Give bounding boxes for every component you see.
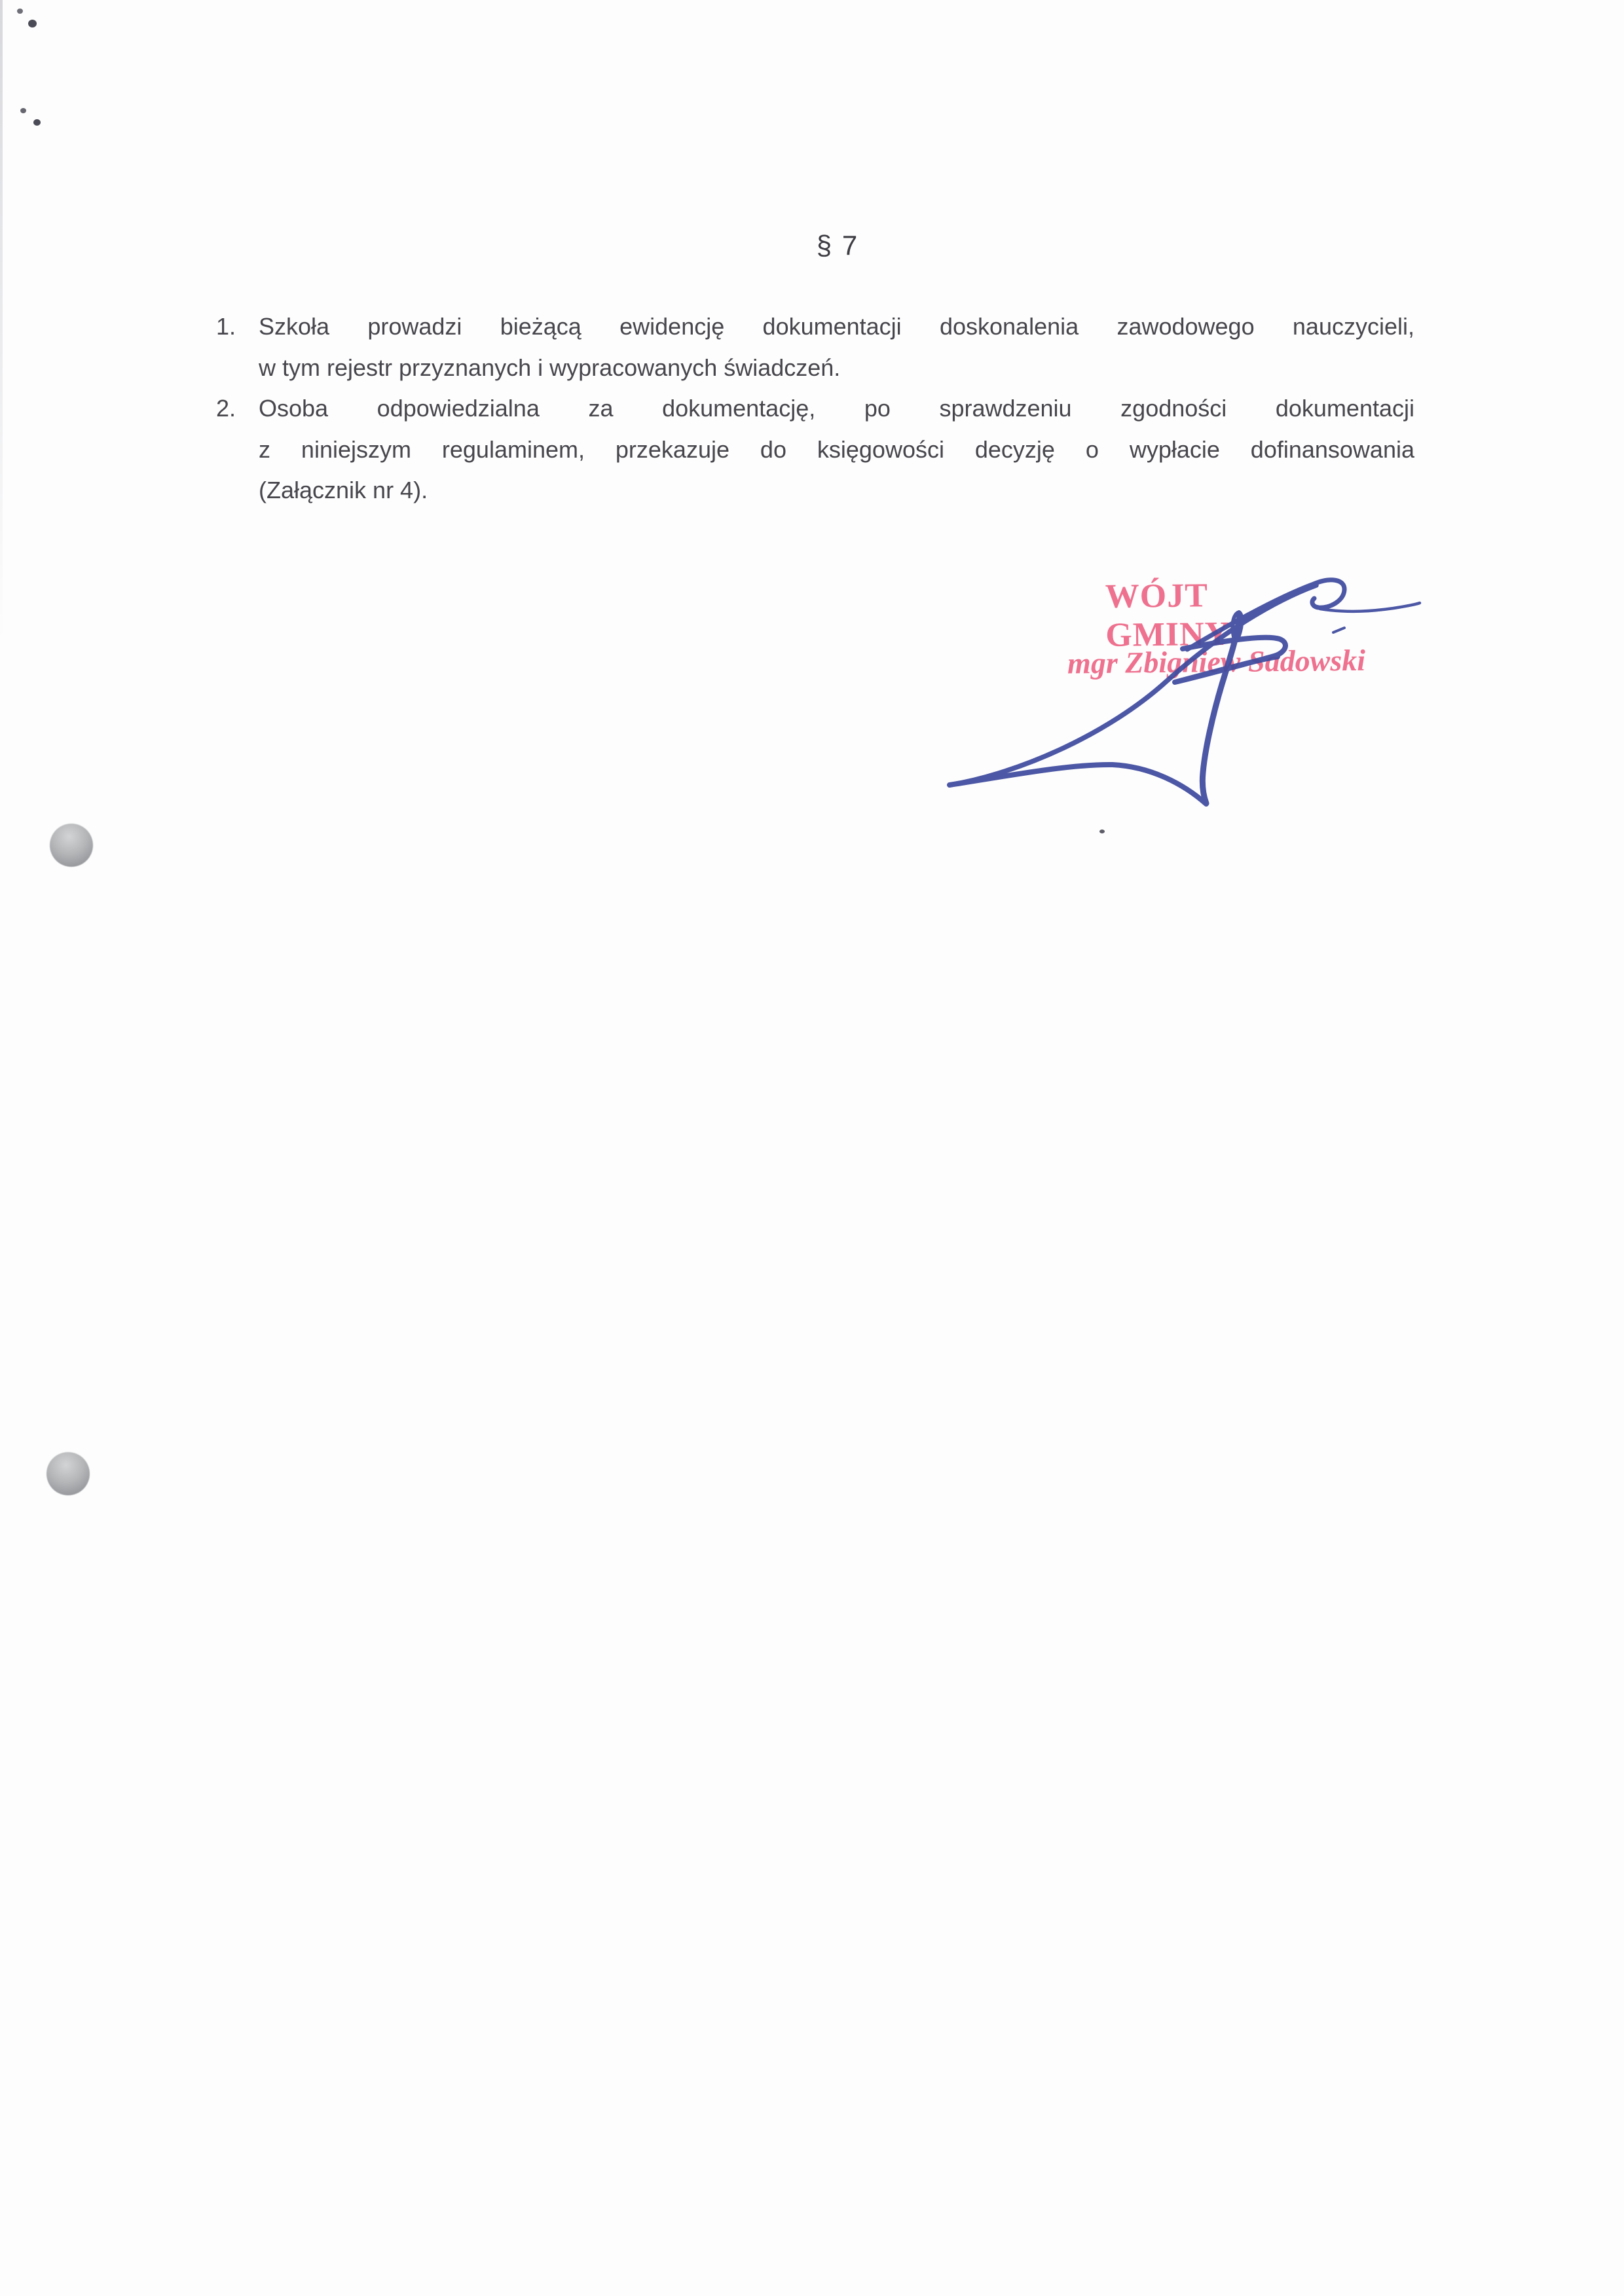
section-heading: § 7: [0, 230, 1624, 261]
list-item: 2. Osoba odpowiedzialna za dokumentację,…: [216, 388, 1416, 511]
scanned-document-page: § 7 1. Szkoła prowadzi bieżącą ewidencję…: [0, 0, 1624, 2296]
list-item: 1. Szkoła prowadzi bieżącą ewidencję dok…: [216, 306, 1416, 388]
numbered-list: 1. Szkoła prowadzi bieżącą ewidencję dok…: [216, 306, 1416, 511]
scan-speck: [33, 119, 41, 126]
list-item-text: Szkoła prowadzi bieżącą ewidencję dokume…: [259, 306, 1414, 388]
signature-stroke: [950, 765, 1206, 804]
text-line: (Załącznik nr 4).: [259, 470, 1414, 511]
text-line: Osoba odpowiedzialna za dokumentację, po…: [259, 388, 1414, 429]
scan-speck: [1099, 829, 1105, 833]
text-line: z niniejszym regulaminem, przekazuje do …: [259, 429, 1414, 471]
list-item-number: 1.: [216, 306, 259, 388]
signature-stroke: [950, 585, 1316, 785]
list-item-text: Osoba odpowiedzialna za dokumentację, po…: [259, 388, 1414, 511]
scan-speck: [20, 108, 26, 113]
scan-edge-shadow: [0, 0, 3, 642]
hole-punch-mark: [50, 824, 93, 867]
text-line: w tym rejestr przyznanych i wypracowanyc…: [259, 348, 1414, 389]
text-line: Szkoła prowadzi bieżącą ewidencję dokume…: [259, 306, 1414, 348]
signature-stroke: [1333, 628, 1344, 632]
hole-punch-mark: [46, 1452, 90, 1495]
pen-signature: [917, 556, 1441, 831]
scan-speck: [28, 20, 37, 27]
scan-speck: [17, 9, 23, 14]
list-item-number: 2.: [216, 388, 259, 511]
